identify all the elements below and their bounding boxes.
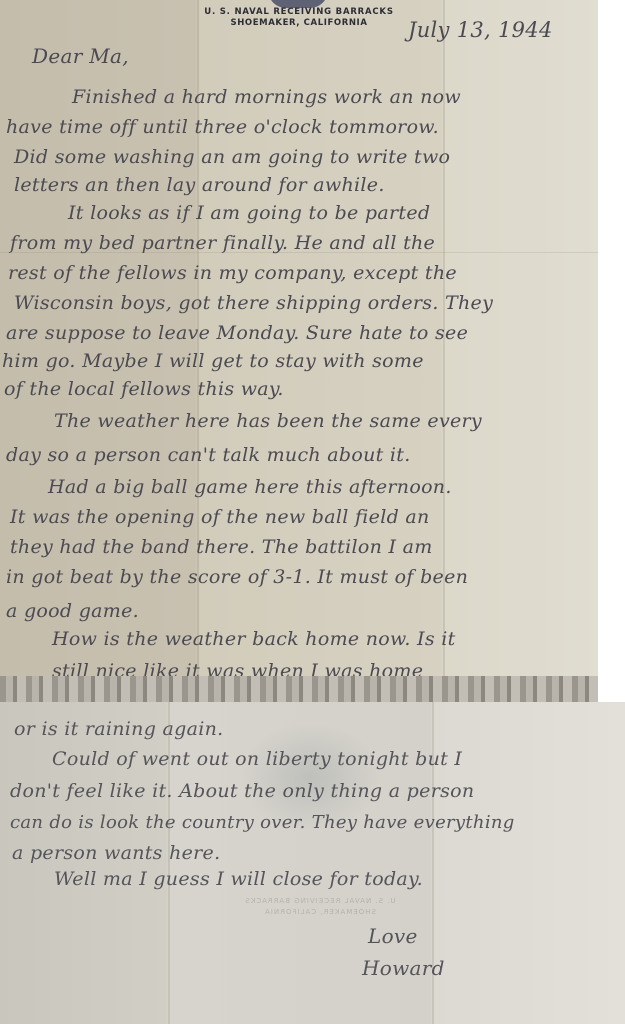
letter-line: from my bed partner finally. He and all …	[10, 232, 435, 254]
letter-line: The weather here has been the same every	[54, 410, 482, 432]
letter-line: don't feel like it. About the only thing…	[10, 780, 474, 802]
letter-line: Well ma I guess I will close for today.	[54, 868, 423, 890]
closing: Love	[368, 924, 418, 948]
letter-line: Wisconsin boys, got there shipping order…	[14, 292, 493, 314]
background-surface	[0, 676, 598, 702]
letter-line: day so a person can't talk much about it…	[6, 444, 411, 466]
signature: Howard	[362, 956, 445, 980]
letter-line: Had a big ball game here this afternoon.	[48, 476, 452, 498]
letter-line: Could of went out on liberty tonight but…	[52, 748, 462, 770]
letter-line: rest of the fellows in my company, excep…	[8, 262, 457, 284]
letter-line: of the local fellows this way.	[4, 378, 284, 400]
letter-line: they had the band there. The battilon I …	[10, 536, 433, 558]
letter-page-1: U. S. NAVAL RECEIVING BARRACKS SHOEMAKER…	[0, 0, 598, 700]
letter-line: It was the opening of the new ball field…	[10, 506, 430, 528]
ghost-letterhead-line-2: SHOEMAKER, CALIFORNIA	[220, 908, 420, 916]
letter-line: can do is look the country over. They ha…	[10, 812, 515, 833]
letterhead-line-1: U. S. NAVAL RECEIVING BARRACKS	[0, 7, 598, 17]
letter-line: or is it raining again.	[14, 718, 224, 740]
letter-line: letters an then lay around for awhile.	[14, 174, 385, 196]
letter-line: him go. Maybe I will get to stay with so…	[2, 350, 424, 372]
salutation: Dear Ma,	[32, 44, 129, 68]
letter-line: How is the weather back home now. Is it	[52, 628, 456, 650]
ghost-letterhead-line-1: U. S. NAVAL RECEIVING BARRACKS	[220, 897, 420, 905]
letter-line: are suppose to leave Monday. Sure hate t…	[6, 322, 468, 344]
letter-date: July 13, 1944	[408, 18, 553, 42]
letter-line: Finished a hard mornings work an now	[72, 86, 461, 108]
letter-line: have time off until three o'clock tommor…	[6, 116, 439, 138]
letter-line: a good game.	[6, 600, 139, 622]
letter-line: It looks as if I am going to be parted	[68, 202, 430, 224]
letter-page-2: U. S. NAVAL RECEIVING BARRACKS SHOEMAKER…	[0, 702, 625, 1024]
letter-line: Did some washing an am going to write tw…	[14, 146, 450, 168]
letter-line: in got beat by the score of 3-1. It must…	[6, 566, 468, 588]
letter-line: a person wants here.	[12, 842, 220, 864]
